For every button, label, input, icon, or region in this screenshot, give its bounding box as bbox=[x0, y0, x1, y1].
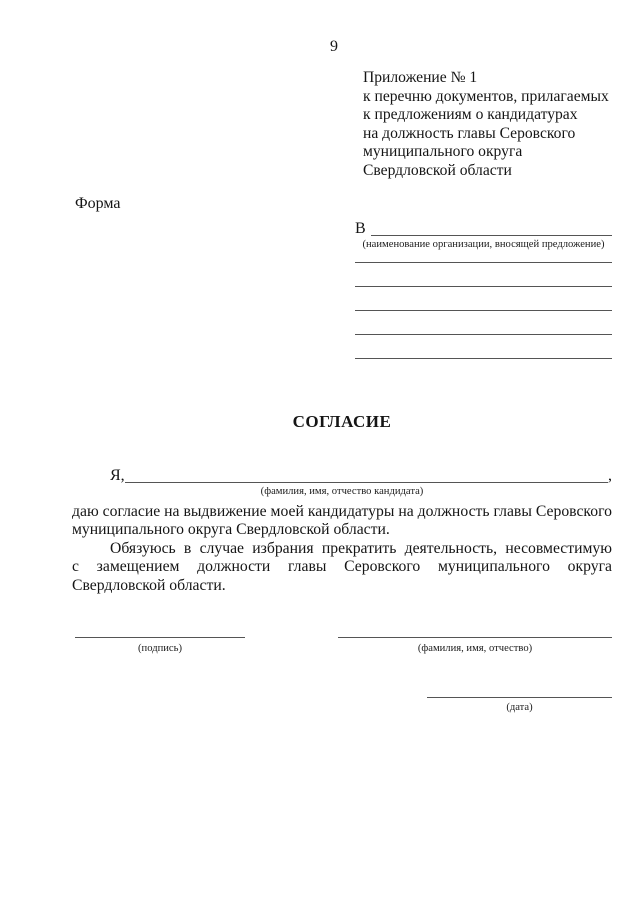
candidate-name-fill-line bbox=[125, 469, 608, 483]
consent-paragraphs: даю согласие на выдвижение моей кандидат… bbox=[72, 503, 612, 595]
date-fill-line bbox=[427, 680, 612, 698]
full-name-fill-line bbox=[338, 620, 612, 638]
appendix-block: Приложение № 1 к перечню документов, при… bbox=[363, 69, 613, 181]
blank-fill-line bbox=[355, 335, 612, 359]
date-caption: (дата) bbox=[427, 702, 612, 713]
paragraph-line: с замещением должности главы Серовского … bbox=[72, 558, 612, 576]
blank-fill-line bbox=[355, 287, 612, 311]
full-name-caption: (фамилия, имя, отчество) bbox=[338, 643, 612, 654]
addressee-prefix: В bbox=[355, 221, 371, 236]
paragraph-line: муниципального округа Свердловской облас… bbox=[72, 521, 612, 539]
addressee-row: В bbox=[355, 221, 612, 236]
appendix-line: Свердловской области bbox=[363, 162, 613, 181]
signature-caption: (подпись) bbox=[75, 643, 245, 654]
signature-fill-line bbox=[75, 620, 245, 638]
blank-fill-line bbox=[355, 311, 612, 335]
trailing-comma: , bbox=[608, 468, 612, 483]
appendix-line: на должность главы Серовского bbox=[363, 125, 613, 144]
appendix-line: к перечню документов, прилагаемых bbox=[363, 88, 613, 107]
candidate-name-caption: (фамилия, имя, отчество кандидата) bbox=[72, 486, 612, 497]
form-label: Форма bbox=[75, 195, 121, 213]
paragraph-line: Свердловской области. bbox=[72, 577, 612, 595]
candidate-name-row: Я, , bbox=[110, 468, 612, 483]
pronoun-label: Я, bbox=[110, 468, 125, 483]
addressee-blank-lines bbox=[355, 239, 612, 359]
blank-fill-line bbox=[355, 239, 612, 263]
document-page: 9 Приложение № 1 к перечню документов, п… bbox=[0, 0, 640, 905]
paragraph-line: Обязуюсь в случае избрания прекратить де… bbox=[72, 540, 612, 558]
page-number: 9 bbox=[330, 38, 338, 56]
appendix-line: муниципального округа bbox=[363, 143, 613, 162]
appendix-line: к предложениям о кандидатурах bbox=[363, 106, 613, 125]
addressee-fill-line bbox=[371, 222, 612, 236]
document-title: СОГЛАСИЕ bbox=[72, 412, 612, 432]
blank-fill-line bbox=[355, 263, 612, 287]
paragraph-line: даю согласие на выдвижение моей кандидат… bbox=[72, 503, 612, 521]
appendix-line: Приложение № 1 bbox=[363, 69, 613, 88]
